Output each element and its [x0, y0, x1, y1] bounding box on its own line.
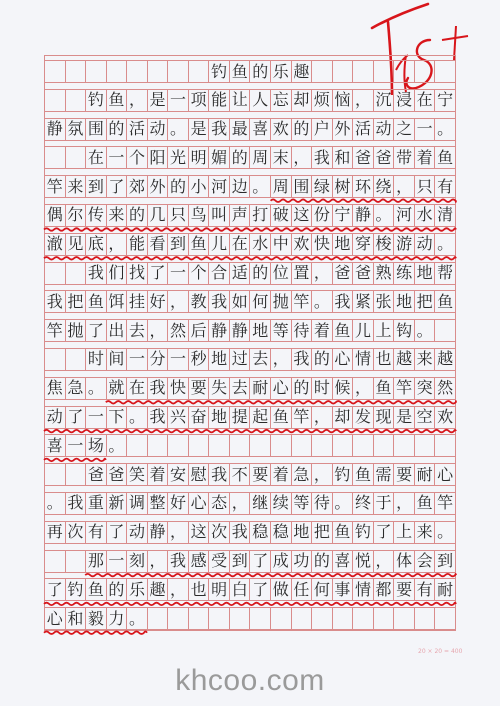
grid-cell: 鱼	[353, 464, 374, 485]
grid-cell: ，	[312, 263, 333, 284]
grid-cell: 兴	[168, 407, 189, 428]
grid-cell: 明	[209, 579, 230, 600]
grid-row: 再次有了动静，这次我稳稳地把鱼钓了上来。	[44, 516, 456, 545]
grid-cell: 叫	[209, 205, 230, 226]
grid-cell: 要	[250, 464, 271, 485]
grid-cell: 小	[189, 176, 210, 197]
grid-cell	[66, 263, 87, 284]
grid-cell: 如	[230, 291, 251, 312]
grid-cell	[45, 349, 66, 370]
grid-cell: 欢	[292, 234, 313, 255]
grid-cell: 来	[107, 205, 128, 226]
grid-cell: 地	[209, 349, 230, 370]
grid-cells: 竿来到了郊外的小河边。周围绿树环绕，只有	[44, 175, 456, 198]
grid-row: 那一刻，我感受到了成功的喜悦，体会到	[44, 545, 456, 574]
grid-cell: 快	[312, 234, 333, 255]
grid-cell: 我	[209, 464, 230, 485]
grid-cell: 围	[86, 119, 107, 140]
grid-cell: 候	[333, 378, 354, 399]
grid-cell: 活	[353, 119, 374, 140]
grid-cell: 鱼	[189, 234, 210, 255]
grid-cell: 我	[209, 119, 230, 140]
grid-row: 静氛围的活动。是我最喜欢的户外活动之一。	[44, 113, 456, 142]
grid-cell: 到	[435, 551, 456, 572]
grid-cell: 却	[333, 407, 354, 428]
grid-cell: 见	[66, 234, 87, 255]
grid-cell: 安	[168, 464, 189, 485]
grid-cell: 绿	[312, 176, 333, 197]
grid-cell: 了	[374, 522, 395, 543]
grid-cell: 新	[107, 493, 128, 514]
grid-cell: 任	[292, 579, 313, 600]
grid-cell: ，	[312, 464, 333, 485]
grid-cell: 地	[292, 522, 313, 543]
grid-cell: 鱼	[230, 61, 251, 82]
grid-cell: 去	[230, 378, 251, 399]
grid-cell	[45, 464, 66, 485]
grid-cell: 挂	[127, 291, 148, 312]
grid-cell: 。	[435, 234, 456, 255]
grid-cell: 忘	[271, 90, 292, 111]
grid-cell: 鱼	[333, 522, 354, 543]
grid-cell: 现	[374, 407, 395, 428]
grid-cell: ，	[168, 579, 189, 600]
grid-cell: 教	[189, 291, 210, 312]
grid-cell	[66, 147, 87, 168]
grid-cell: 鱼	[271, 407, 292, 428]
grid-cell: 我	[86, 263, 107, 284]
grid-cell: 的	[168, 176, 189, 197]
grid-cell: 着	[415, 147, 436, 168]
grid-cell: 地	[394, 291, 415, 312]
grid-cell: 待	[292, 320, 313, 341]
grid-cell	[415, 61, 436, 82]
grid-cell	[168, 435, 189, 456]
grid-cell: 一	[107, 551, 128, 572]
grid-cell	[66, 349, 87, 370]
grid-cell: 张	[374, 291, 395, 312]
grid-cell: 河	[394, 205, 415, 226]
grid-cell: 了	[107, 176, 128, 197]
grid-cell: 地	[415, 263, 436, 284]
grid-cell: 氛	[66, 119, 87, 140]
grid-cell	[168, 61, 189, 82]
grid-cell: 项	[189, 90, 210, 111]
grid-cell	[148, 608, 169, 629]
grid-cell: 爸	[353, 263, 374, 284]
grid-cell: 地	[333, 234, 354, 255]
grid-cell	[66, 551, 87, 572]
grid-cell: ，	[107, 234, 128, 255]
watermark: khcoo.com	[0, 664, 500, 698]
grid-cell: 在	[230, 234, 251, 255]
grid-cell: 明	[189, 147, 210, 168]
grid-cell: 在	[86, 147, 107, 168]
grid-cell: 次	[66, 522, 87, 543]
grid-cell	[312, 61, 333, 82]
grid-cell	[127, 435, 148, 456]
grid-cell: 情	[353, 579, 374, 600]
grid-cell: ，	[292, 147, 313, 168]
grid-cell: 我	[66, 493, 87, 514]
grid-cell	[394, 61, 415, 82]
grid-cell: 整	[148, 493, 169, 514]
grid-cell	[250, 608, 271, 629]
grid-cell: ，	[168, 291, 189, 312]
grid-cell: 续	[271, 493, 292, 514]
grid-cell: 分	[148, 349, 169, 370]
grid-cell: 来	[66, 176, 87, 197]
grid-cell	[374, 608, 395, 629]
grid-cell: 我	[148, 378, 169, 399]
grid-cell: 周	[271, 176, 292, 197]
grid-cells: 钓鱼的乐趣	[44, 60, 456, 83]
grid-cell: 鱼	[333, 320, 354, 341]
grid-cells: 澈见底，能看到鱼儿在水中欢快地穿梭游动。	[44, 233, 456, 256]
grid-cell: 树	[333, 176, 354, 197]
grid-cell: 声	[230, 205, 251, 226]
grid-cell: 调	[127, 493, 148, 514]
grid-cells: 那一刻，我感受到了成功的喜悦，体会到	[44, 550, 456, 573]
grid-cell: 阳	[148, 147, 169, 168]
grid-cell: 。	[107, 435, 128, 456]
grid-cell: 梭	[374, 234, 395, 255]
grid-cell: 耐	[250, 378, 271, 399]
grid-cell: 竿	[394, 378, 415, 399]
grid-cell: 地	[250, 320, 271, 341]
grid-cell: 鱼	[107, 90, 128, 111]
grid-row: 钓鱼，是一项能让人忘却烦恼，沉浸在宁	[44, 84, 456, 113]
grid-cell: 乐	[271, 61, 292, 82]
grid-cell	[415, 608, 436, 629]
grid-cell: 静	[45, 119, 66, 140]
grid-cell: 儿	[353, 320, 374, 341]
grid-cell: 户	[312, 119, 333, 140]
grid-cell: 上	[374, 320, 395, 341]
grid-cell: 静	[230, 320, 251, 341]
grid-cell: 到	[168, 234, 189, 255]
grid-cell	[435, 320, 456, 341]
grid-cell: 。	[45, 493, 66, 514]
grid-cells: 爸爸笑着安慰我不要着急，钓鱼需要耐心	[44, 463, 456, 486]
grid-cell: 静	[209, 320, 230, 341]
grid-cell: 鱼	[435, 291, 456, 312]
grid-cell: 一	[66, 435, 87, 456]
grid-cell: 喜	[333, 551, 354, 572]
grid-cell	[435, 608, 456, 629]
grid-cell: 绕	[374, 176, 395, 197]
grid-cell: 起	[250, 407, 271, 428]
grid-row: 竿抛了出去，然后静静地等待着鱼儿上钩。	[44, 314, 456, 343]
grid-cells: 我把鱼饵挂好，教我如何抛竿。我紧张地把鱼	[44, 290, 456, 313]
grid-cells: 喜一场。	[44, 434, 456, 457]
grid-row: 钓鱼的乐趣	[44, 55, 456, 84]
grid-cell: 和	[66, 608, 87, 629]
grid-cell: 鱼	[86, 291, 107, 312]
grid-cell: 急	[292, 464, 313, 485]
grid-cell: 练	[394, 263, 415, 284]
grid-cell: 一	[415, 119, 436, 140]
grid-cell: 竿	[435, 493, 456, 514]
grid-cell	[86, 61, 107, 82]
grid-cell: 我	[230, 522, 251, 543]
grid-cell: 情	[353, 349, 374, 370]
grid-cell: 鱼	[415, 493, 436, 514]
grid-cell: 竿	[45, 176, 66, 197]
grid-row: 。我重新调整好心态，继续等待。终于，鱼竿	[44, 487, 456, 516]
grid-cell: 稳	[271, 522, 292, 543]
grid-cell	[209, 608, 230, 629]
grid-cell	[374, 61, 395, 82]
grid-row: 了钓鱼的乐趣，也明白了做任何事情都要有耐	[44, 573, 456, 602]
grid-cell: 毅	[86, 608, 107, 629]
grid-cell	[353, 435, 374, 456]
grid-cell: 鱼	[86, 579, 107, 600]
grid-cell: 一	[168, 263, 189, 284]
grid-cell: 的	[250, 61, 271, 82]
grid-cell	[168, 608, 189, 629]
grid-cells: 心和毅力。	[44, 607, 456, 630]
grid-cell: 发	[353, 407, 374, 428]
grid-cell	[271, 435, 292, 456]
grid-cell	[333, 435, 354, 456]
grid-cell: 去	[250, 349, 271, 370]
grid-cell: 那	[86, 551, 107, 572]
grid-cell: 清	[435, 205, 456, 226]
grid-cells: 静氛围的活动。是我最喜欢的户外活动之一。	[44, 118, 456, 141]
grid-cell	[45, 90, 66, 111]
grid-cell: 鱼	[374, 378, 395, 399]
grid-cell: 一	[86, 407, 107, 428]
grid-cell: 竿	[292, 407, 313, 428]
grid-cell	[127, 61, 148, 82]
grid-cell: 到	[230, 551, 251, 572]
grid-cell	[107, 61, 128, 82]
grid-cell: 态	[209, 493, 230, 514]
grid-cell: 都	[374, 579, 395, 600]
grid-cell: 。	[435, 522, 456, 543]
grid-cell: 心	[271, 378, 292, 399]
grid-cell: 鸟	[189, 205, 210, 226]
grid-cell: 刻	[127, 551, 148, 572]
grid-row: 动了一下。我兴奋地提起鱼竿，却发现是空欢	[44, 401, 456, 430]
grid-cell: 饵	[107, 291, 128, 312]
grid-cell	[66, 61, 87, 82]
grid-cell	[271, 608, 292, 629]
grid-cell: 笑	[127, 464, 148, 485]
grid-cell: 能	[127, 234, 148, 255]
grid-cell: 趣	[292, 61, 313, 82]
grid-cell: 我	[312, 147, 333, 168]
grid-cell: 耐	[435, 579, 456, 600]
grid-cell: 们	[107, 263, 128, 284]
grid-cell	[45, 61, 66, 82]
grid-cell: 外	[148, 176, 169, 197]
grid-cell: 有	[415, 579, 436, 600]
grid-cell: 的	[312, 349, 333, 370]
grid-cell: 人	[250, 90, 271, 111]
grid-cell: 有	[86, 522, 107, 543]
grid-cell: 的	[250, 263, 271, 284]
grid-cell: 间	[107, 349, 128, 370]
grid-cell: 郊	[127, 176, 148, 197]
grid-cell: 快	[168, 378, 189, 399]
grid-cell: 过	[230, 349, 251, 370]
grid-cell: 需	[374, 464, 395, 485]
grid-cell: 喜	[45, 435, 66, 456]
grid-cell: 边	[230, 176, 251, 197]
grid-cell: 。	[374, 205, 395, 226]
grid-cell: 我	[292, 349, 313, 370]
grid-cell: 次	[209, 522, 230, 543]
grid-cell	[45, 551, 66, 572]
grid-cell: 静	[148, 522, 169, 543]
grid-cell: 乐	[127, 579, 148, 600]
grid-cell: 是	[394, 407, 415, 428]
grid-cell: 功	[292, 551, 313, 572]
grid-cell: ，	[271, 349, 292, 370]
grid-cell: 帮	[435, 263, 456, 284]
grid-cell: 打	[250, 205, 271, 226]
grid-cell: 重	[86, 493, 107, 514]
grid-cell: 钩	[394, 320, 415, 341]
grid-cell: 时	[86, 349, 107, 370]
grid-cell: 个	[127, 147, 148, 168]
grid-cell: ，	[394, 176, 415, 197]
grid-cell: 着	[271, 464, 292, 485]
grid-cell: 的	[292, 119, 313, 140]
grid-cell: ，	[168, 522, 189, 543]
grid-cell: 有	[435, 176, 456, 197]
grid-cell: 稳	[250, 522, 271, 543]
grid-cell: 一	[168, 90, 189, 111]
grid-cell: 急	[66, 378, 87, 399]
grid-cell: 爸	[374, 147, 395, 168]
grid-cell: ，	[148, 551, 169, 572]
grid-cell: 何	[250, 291, 271, 312]
grid-cell: 在	[127, 378, 148, 399]
grid-cell: 受	[209, 551, 230, 572]
grid-cell: 上	[394, 522, 415, 543]
grid-cell: 的	[312, 551, 333, 572]
grid-row: 我们找了一个合适的位置，爸爸熟练地帮	[44, 257, 456, 286]
grid-cell: 让	[230, 90, 251, 111]
grid-cell: 。	[168, 119, 189, 140]
grid-row: 竿来到了郊外的小河边。周围绿树环绕，只有	[44, 170, 456, 199]
grid-cell: 我	[209, 291, 230, 312]
grid-cell: ，	[230, 493, 251, 514]
grid-cell: 游	[394, 234, 415, 255]
grid-cell: 秒	[189, 349, 210, 370]
grid-cell: 一	[168, 349, 189, 370]
grid-cell: 把	[66, 291, 87, 312]
grid-cell: 钓	[353, 522, 374, 543]
grid-cell: 了	[250, 579, 271, 600]
grid-cell: 找	[127, 263, 148, 284]
grid-cell: 。	[312, 291, 333, 312]
grid-cell: 尔	[66, 205, 87, 226]
grid-cells: 在一个阳光明媚的周末，我和爸爸带着鱼	[44, 146, 456, 169]
grid-cell: 突	[415, 378, 436, 399]
grid-cell: 水	[250, 234, 271, 255]
grid-cell: ，	[353, 90, 374, 111]
grid-cell: 宁	[435, 90, 456, 111]
grid-cell: 着	[312, 320, 333, 341]
grid-cell: 个	[189, 263, 210, 284]
grid-cell: 周	[250, 147, 271, 168]
grid-cell: 等	[292, 493, 313, 514]
grid-cell: 要	[394, 464, 415, 485]
grid-cell: 到	[86, 176, 107, 197]
grid-cell: 要	[189, 378, 210, 399]
grid-cell	[45, 147, 66, 168]
grid-cell	[230, 435, 251, 456]
grid-cell: 了	[107, 522, 128, 543]
grid-row: 在一个阳光明媚的周末，我和爸爸带着鱼	[44, 141, 456, 170]
grid-cell	[66, 90, 87, 111]
wavy-underline	[44, 631, 147, 634]
grid-cell	[333, 61, 354, 82]
grid-cell: 。	[415, 320, 436, 341]
composition-paper: 钓鱼的乐趣钓鱼，是一项能让人忘却烦恼，沉浸在宁静氛围的活动。是我最喜欢的户外活动…	[0, 0, 500, 706]
grid-cell	[148, 61, 169, 82]
grid-cell: 不	[230, 464, 251, 485]
grid-cell: 适	[230, 263, 251, 284]
grid-cell: 把	[312, 522, 333, 543]
grid-cell: 事	[333, 579, 354, 600]
grid-cell: 。	[435, 119, 456, 140]
grid-cell: 成	[271, 551, 292, 572]
grid-cell	[353, 61, 374, 82]
grid-cell	[148, 435, 169, 456]
grid-cell: 地	[209, 407, 230, 428]
grid-cell: 把	[415, 291, 436, 312]
grid-cell: 也	[189, 579, 210, 600]
grid-cell: 穿	[353, 234, 374, 255]
grid-cell: 底	[86, 234, 107, 255]
grid-cell: 然	[168, 320, 189, 341]
grid-cell: 能	[209, 90, 230, 111]
grid-cell: 烦	[312, 90, 333, 111]
grid-cell: 然	[435, 378, 456, 399]
grid-cell: 失	[209, 378, 230, 399]
grid-cells: 竿抛了出去，然后静静地等待着鱼儿上钩。	[44, 319, 456, 342]
grid-cell: 。	[86, 378, 107, 399]
grid-row: 我把鱼饵挂好，教我如何抛竿。我紧张地把鱼	[44, 285, 456, 314]
grid-cell: 的	[292, 378, 313, 399]
grid-row: 焦急。就在我快要失去耐心的时候，鱼竿突然	[44, 372, 456, 401]
grid-cell: 的	[127, 205, 148, 226]
grid-cell: 钓	[209, 61, 230, 82]
grid-cell: 静	[353, 205, 374, 226]
grid-cell: 我	[333, 291, 354, 312]
grid-cell	[394, 608, 415, 629]
grid-cell: 鱼	[435, 147, 456, 168]
grid-cell	[333, 608, 354, 629]
grid-cell: 喜	[250, 119, 271, 140]
grid-cell: 的	[107, 579, 128, 600]
grid-cell: 心	[189, 493, 210, 514]
grid-cell: 力	[107, 608, 128, 629]
grid-cell: 了	[86, 320, 107, 341]
grid-cell: 看	[148, 234, 169, 255]
grid-cell	[66, 464, 87, 485]
grid-cell	[435, 435, 456, 456]
grid-cell: 。	[127, 608, 148, 629]
grid-cell: 钓	[333, 464, 354, 485]
grid-cell: 紧	[353, 291, 374, 312]
grid-cell	[250, 435, 271, 456]
